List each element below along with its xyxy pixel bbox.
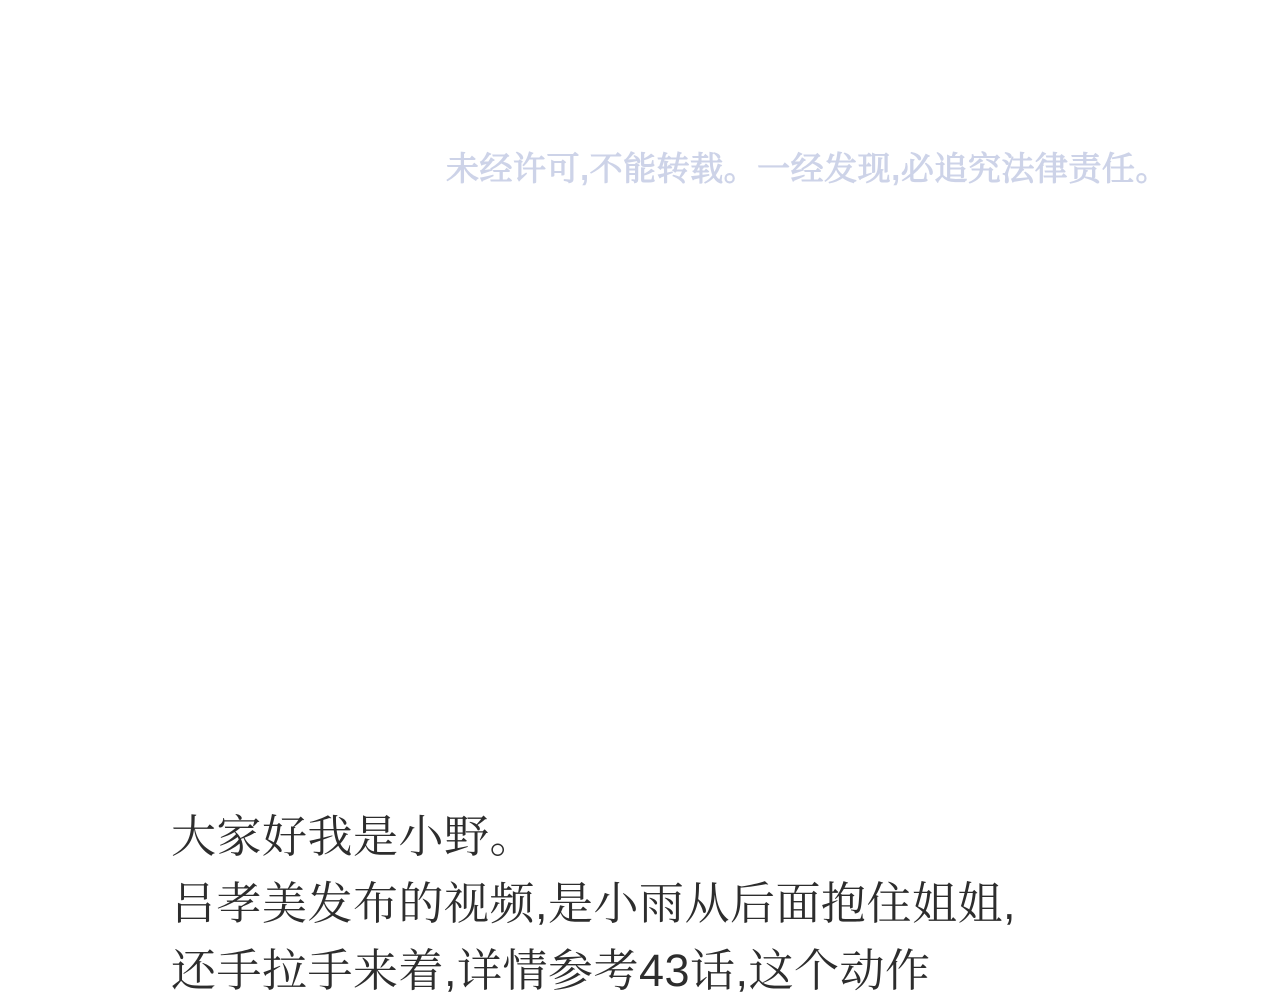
author-note-line: 大家好我是小野。 bbox=[171, 803, 1016, 870]
author-note: 大家好我是小野。 吕孝美发布的视频,是小雨从后面抱住姐姐, 还手拉手来着,详情参… bbox=[171, 803, 1016, 1000]
comic-page: 未经许可,不能转载。一经发现,必追究法律责任。 大家好我是小野。 吕孝美发布的视… bbox=[0, 0, 1280, 1000]
author-note-line: 吕孝美发布的视频,是小雨从后面抱住姐姐, bbox=[171, 870, 1016, 937]
author-note-line: 还手拉手来着,详情参考43话,这个动作 bbox=[171, 937, 1016, 1000]
copyright-watermark-text: 未经许可,不能转载。一经发现,必追究法律责任。 bbox=[446, 151, 1169, 187]
